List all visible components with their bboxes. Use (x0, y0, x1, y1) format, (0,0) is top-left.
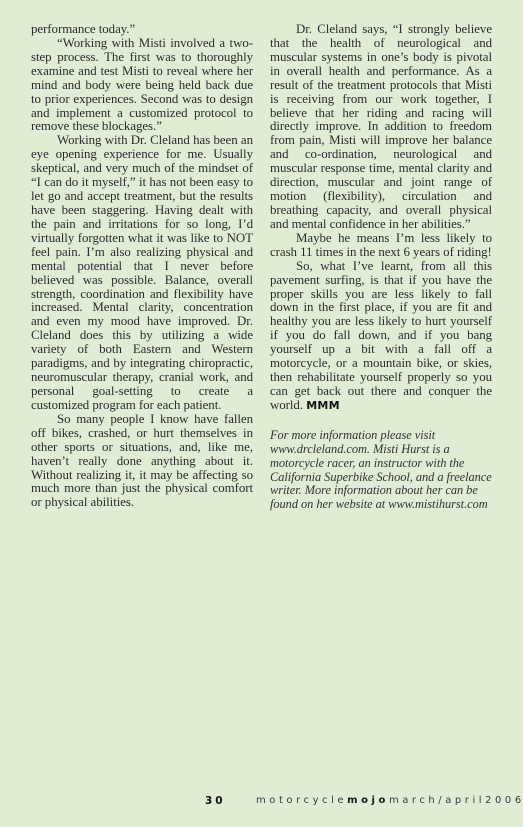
paragraph-dr-cleland-says: Dr. Cleland says, “I strongly believe th… (270, 23, 492, 232)
masthead-mojo: mojo (347, 795, 389, 806)
left-column: performance today.” “Working with Misti … (31, 23, 253, 510)
page-number: 30 (205, 795, 226, 807)
magazine-masthead: motorcyclemojomarch/april2006 (256, 795, 523, 806)
author-note: For more information please visit www.dr… (270, 429, 492, 512)
paragraph-what-ive-learnt: So, what I’ve learnt, from all this pave… (270, 260, 492, 413)
paragraph-quote-two-step-process: “Working with Misti involved a two-step … (31, 37, 253, 134)
page-footer: 30 motorcyclemojomarch/april2006 (0, 795, 523, 809)
masthead-motorcycle: motorcycle (256, 795, 347, 806)
right-column: Dr. Cleland says, “I strongly believe th… (270, 23, 492, 512)
end-mark: MMM (306, 399, 340, 412)
paragraph-what-ive-learnt-text: So, what I’ve learnt, from all this pave… (270, 259, 492, 412)
paragraph-continuation: performance today.” (31, 23, 253, 37)
masthead-issue-date: march/april2006 (389, 795, 523, 806)
paragraph-eye-opening-experience: Working with Dr. Cleland has been an eye… (31, 134, 253, 412)
paragraph-maybe-he-means: Maybe he means I’m less likely to crash … (270, 232, 492, 260)
paragraph-so-many-people: So many people I know have fallen off bi… (31, 413, 253, 510)
